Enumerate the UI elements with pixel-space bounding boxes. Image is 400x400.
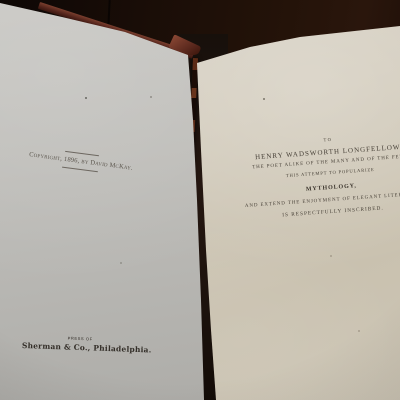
copyright-notice: Copyright, 1896, by David McKay. <box>22 146 139 178</box>
printer-imprint: PRESS OF Sherman & Co., Philadelphia. <box>22 334 138 354</box>
dedication: TO HENRY WADSWORTH LONGFELLOW, THE POET … <box>240 131 400 221</box>
foxing-specks-right <box>0 0 2 2</box>
divider-rule-bottom <box>62 167 98 173</box>
foxing-specks-left <box>0 0 2 2</box>
printer-name: Sherman & Co., Philadelphia. <box>22 341 138 354</box>
open-book-photo: Copyright, 1896, by David McKay. PRESS O… <box>0 0 400 400</box>
divider-rule-top <box>65 151 99 156</box>
table-scratch-line <box>107 0 110 27</box>
